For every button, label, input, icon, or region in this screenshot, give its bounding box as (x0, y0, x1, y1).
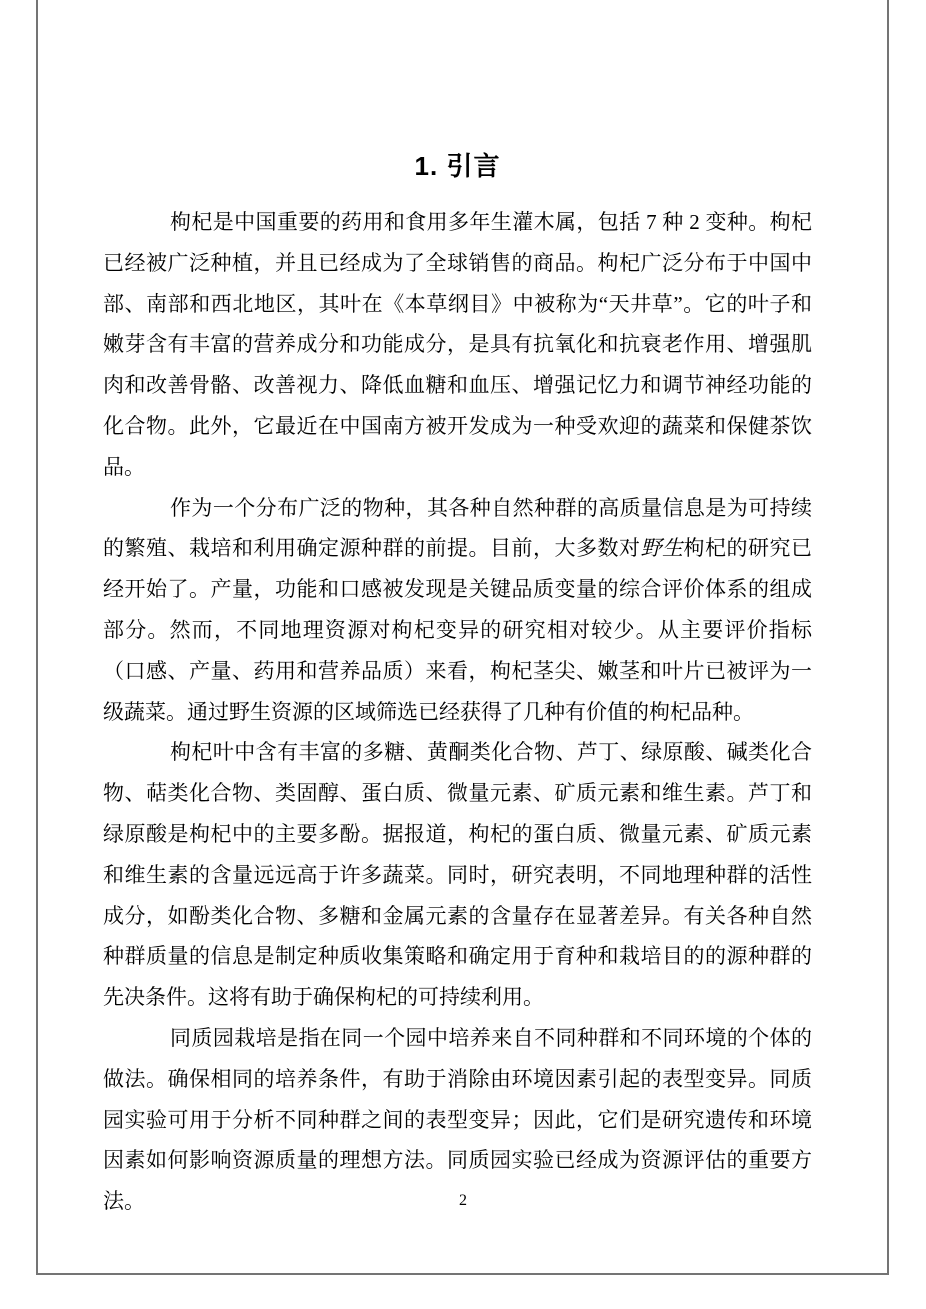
italic-text-run: 野生 (641, 536, 684, 560)
paragraph: 枸杞是中国重要的药用和食用多年生灌木属，包括 7 种 2 变种。枸杞已经被广泛种… (103, 202, 812, 488)
paragraph: 作为一个分布广泛的物种，其各种自然种群的高质量信息是为可持续的繁殖、栽培和利用确… (103, 488, 812, 733)
text-run: 枸杞的研究已经开始了。产量，功能和口感被发现是关键品质变量的综合评价体系的组成部… (103, 536, 812, 723)
body-paragraphs: 枸杞是中国重要的药用和食用多年生灌木属，包括 7 种 2 变种。枸杞已经被广泛种… (103, 202, 812, 1222)
page-content: 1. 引言 枸杞是中国重要的药用和食用多年生灌木属，包括 7 种 2 变种。枸杞… (103, 149, 812, 1222)
section-heading: 1. 引言 (103, 149, 812, 183)
text-run: 枸杞是中国重要的药用和食用多年生灌木属，包括 7 种 2 变种。枸杞已经被广泛种… (103, 210, 812, 479)
text-run: 枸杞叶中含有丰富的多糖、黄酮类化合物、芦丁、绿原酸、碱类化合物、萜类化合物、类固… (103, 740, 812, 1009)
page-number: 2 (37, 1192, 889, 1210)
paragraph: 枸杞叶中含有丰富的多糖、黄酮类化合物、芦丁、绿原酸、碱类化合物、萜类化合物、类固… (103, 732, 812, 1018)
text-run: 同质园栽培是指在同一个园中培养来自不同种群和不同环境的个体的做法。确保相同的培养… (103, 1026, 812, 1213)
